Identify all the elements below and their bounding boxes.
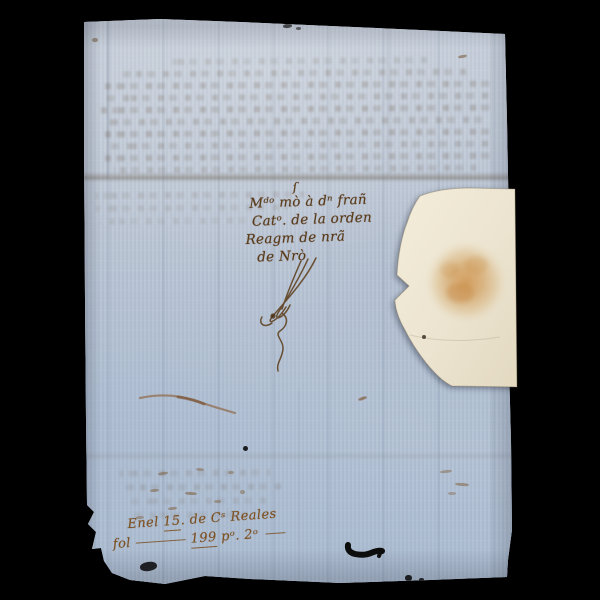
ink-speck bbox=[358, 396, 367, 402]
seal-cover-paper bbox=[390, 185, 520, 391]
ink-speck bbox=[419, 578, 424, 582]
bleed-through-text-row bbox=[100, 153, 492, 162]
bleed-through-text-row bbox=[130, 498, 270, 505]
annotation-folio-number: 199 bbox=[190, 530, 217, 548]
ink-speck bbox=[240, 490, 245, 494]
ink-speck bbox=[448, 492, 456, 495]
ink-speck bbox=[228, 471, 234, 474]
ink-speck bbox=[92, 38, 98, 42]
wax-seal-stain bbox=[426, 242, 506, 322]
annotation-dash bbox=[265, 532, 285, 534]
bleed-through-text-row bbox=[106, 141, 488, 150]
ink-blot-squiggle bbox=[344, 539, 388, 561]
ink-speck bbox=[168, 507, 177, 511]
bleed-through-text-row bbox=[122, 69, 470, 77]
ink-speck bbox=[440, 469, 452, 473]
ink-speck bbox=[458, 54, 467, 59]
ink-speck bbox=[296, 27, 301, 30]
annotation-dash bbox=[136, 539, 186, 543]
annotation-text: pᵒ. 2ᵒ bbox=[216, 527, 259, 545]
annotation-number: 15 bbox=[163, 513, 181, 531]
ink-speck bbox=[405, 575, 412, 581]
annotation-text: Enel bbox=[127, 515, 164, 532]
ink-speck bbox=[150, 489, 159, 493]
ink-speck bbox=[455, 483, 469, 487]
annotation-text: fol bbox=[112, 536, 131, 552]
ink-speck bbox=[214, 500, 221, 503]
bleed-through-text-row bbox=[100, 217, 272, 224]
ink-speck bbox=[243, 446, 248, 451]
photo-scene: ſ Mᵈᵒ mò à dⁿ frañ Catᵒ. de la orden Rea… bbox=[0, 0, 600, 600]
bleed-through-text-row bbox=[106, 93, 492, 102]
bleed-through-text-row bbox=[100, 129, 492, 138]
scratch-stain-mark bbox=[138, 390, 238, 418]
bleed-through-text-row bbox=[100, 81, 492, 90]
address-block: ſ Mᵈᵒ mò à dⁿ frañ Catᵒ. de la orden Rea… bbox=[249, 178, 412, 267]
bleed-through-text-row bbox=[120, 469, 270, 476]
rubric-flourish bbox=[256, 255, 341, 373]
bleed-through-text-row bbox=[100, 105, 496, 114]
ink-speck bbox=[139, 561, 157, 572]
vertical-fold-line bbox=[298, 390, 302, 580]
seal-paper-speck bbox=[422, 335, 426, 339]
bleed-through-text-row bbox=[110, 117, 490, 126]
ink-speck bbox=[283, 24, 292, 29]
bleed-through-text-row bbox=[124, 483, 284, 490]
ink-speck bbox=[185, 492, 197, 496]
